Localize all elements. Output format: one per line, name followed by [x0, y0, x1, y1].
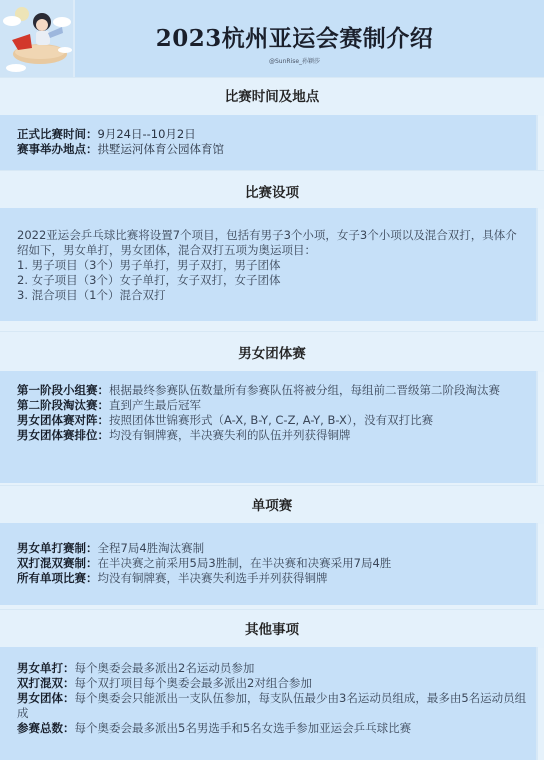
- event-list-item: 2. 女子项目（3个）女子单打，女子双打，女子团体: [17, 273, 536, 288]
- info-row: 第一阶段小组赛：根据最终参赛队伍数量所有参赛队伍将被分组，每组前二晋级第二阶段淘…: [17, 383, 536, 398]
- row-value: 直到产生最后冠军: [109, 398, 201, 412]
- section-body-individual-event: 男女单打赛制：全程7局4胜淘汰赛制 双打混双赛制：在半决赛之前采用5局3胜制，在…: [0, 523, 538, 605]
- row-label: 男女团体赛对阵：: [17, 413, 109, 427]
- row-label: 参赛总数：: [17, 721, 75, 735]
- row-value: 每个双打项目每个奥委会最多派出2对组合参加: [75, 676, 312, 690]
- row-value: 均没有铜牌赛，半决赛失利选手并列获得铜牌: [98, 571, 328, 585]
- page: 2023杭州亚运会赛制介绍 @SunRise_孙颖莎 比赛时间及地点 正式比赛时…: [0, 0, 544, 760]
- info-row: 男女单打赛制：全程7局4胜淘汰赛制: [17, 541, 536, 556]
- row-value: 每个奥委会只能派出一支队伍参加，每支队伍最少由3名运动员组成，最多由5名运动员组…: [17, 691, 526, 720]
- info-row: 男女团体赛对阵：按照团体世锦赛形式（A-X, B-Y, C-Z, A-Y, B-…: [17, 413, 536, 428]
- row-value: 拱墅运河体育公园体育馆: [98, 142, 225, 156]
- row-label: 男女单打赛制：: [17, 541, 98, 555]
- title-block: 2023杭州亚运会赛制介绍 @SunRise_孙颖莎: [75, 0, 544, 77]
- row-label: 正式比赛时间：: [17, 127, 98, 141]
- section-body-other-matters: 男女单打：每个奥委会最多派出2名运动员参加 双打混双：每个双打项目每个奥委会最多…: [0, 647, 538, 760]
- row-value: 全程7局4胜淘汰赛制: [98, 541, 205, 555]
- row-label: 赛事举办地点：: [17, 142, 98, 156]
- row-value: 9月24日--10月2日: [98, 127, 196, 141]
- row-value: 均没有铜牌赛，半决赛失利的队伍并列获得铜牌: [109, 428, 351, 442]
- section-body-team-event: 第一阶段小组赛：根据最终参赛队伍数量所有参赛队伍将被分组，每组前二晋级第二阶段淘…: [0, 371, 538, 483]
- row-label: 第一阶段小组赛：: [17, 383, 109, 397]
- row-value: 每个奥委会最多派出5名男选手和5名女选手参加亚运会乒乓球比赛: [75, 721, 412, 735]
- section-header-time-location: 比赛时间及地点: [0, 77, 544, 116]
- section-header-individual-event: 单项赛: [0, 485, 544, 524]
- author-credit: @SunRise_孙颖莎: [75, 56, 514, 65]
- info-row: 双打混双赛制：在半决赛之前采用5局3胜制，在半决赛和决赛采用7局4胜: [17, 556, 536, 571]
- page-title: 2023杭州亚运会赛制介绍: [75, 20, 514, 53]
- info-row: 参赛总数：每个奥委会最多派出5名男选手和5名女选手参加亚运会乒乓球比赛: [17, 721, 536, 736]
- info-row: 第二阶段淘汰赛：直到产生最后冠军: [17, 398, 536, 413]
- info-row: 男女单打：每个奥委会最多派出2名运动员参加: [17, 661, 536, 676]
- info-row: 双打混双：每个双打项目每个奥委会最多派出2对组合参加: [17, 676, 536, 691]
- row-label: 所有单项比赛：: [17, 571, 98, 585]
- event-list-item: 3. 混合项目（1个）混合双打: [17, 288, 536, 303]
- event-list-item: 1. 男子项目（3个）男子单打，男子双打，男子团体: [17, 258, 536, 273]
- row-label: 男女团体赛排位：: [17, 428, 109, 442]
- mascot-icon: [0, 0, 75, 77]
- row-label: 双打混双赛制：: [17, 556, 98, 570]
- header-banner: 2023杭州亚运会赛制介绍 @SunRise_孙颖莎: [0, 0, 544, 77]
- events-intro: 2022亚运会乒乓球比赛将设置7个项目，包括有男子3个小项，女子3个小项以及混合…: [17, 228, 536, 258]
- info-row: 赛事举办地点：拱墅运河体育公园体育馆: [17, 142, 536, 157]
- section-body-events: 2022亚运会乒乓球比赛将设置7个项目，包括有男子3个小项，女子3个小项以及混合…: [0, 208, 538, 321]
- row-value: 在半决赛之前采用5局3胜制，在半决赛和决赛采用7局4胜: [98, 556, 392, 570]
- row-value: 根据最终参赛队伍数量所有参赛队伍将被分组，每组前二晋级第二阶段淘汰赛: [109, 383, 500, 397]
- section-header-other-matters: 其他事项: [0, 609, 544, 648]
- section-body-time-location: 正式比赛时间：9月24日--10月2日 赛事举办地点：拱墅运河体育公园体育馆: [0, 115, 538, 170]
- row-label: 男女单打：: [17, 661, 75, 675]
- row-label: 男女团体：: [17, 691, 75, 705]
- info-row: 所有单项比赛：均没有铜牌赛，半决赛失利选手并列获得铜牌: [17, 571, 536, 586]
- section-header-events: 比赛设项: [0, 170, 544, 209]
- row-label: 双打混双：: [17, 676, 75, 690]
- row-value: 每个奥委会最多派出2名运动员参加: [75, 661, 255, 675]
- info-row: 男女团体赛排位：均没有铜牌赛，半决赛失利的队伍并列获得铜牌: [17, 428, 536, 443]
- row-value: 按照团体世锦赛形式（A-X, B-Y, C-Z, A-Y, B-X），没有双打比…: [109, 413, 433, 427]
- info-row: 正式比赛时间：9月24日--10月2日: [17, 127, 536, 142]
- row-label: 第二阶段淘汰赛：: [17, 398, 109, 412]
- info-row: 男女团体：每个奥委会只能派出一支队伍参加，每支队伍最少由3名运动员组成，最多由5…: [17, 691, 536, 721]
- section-header-team-event: 男女团体赛: [0, 331, 544, 372]
